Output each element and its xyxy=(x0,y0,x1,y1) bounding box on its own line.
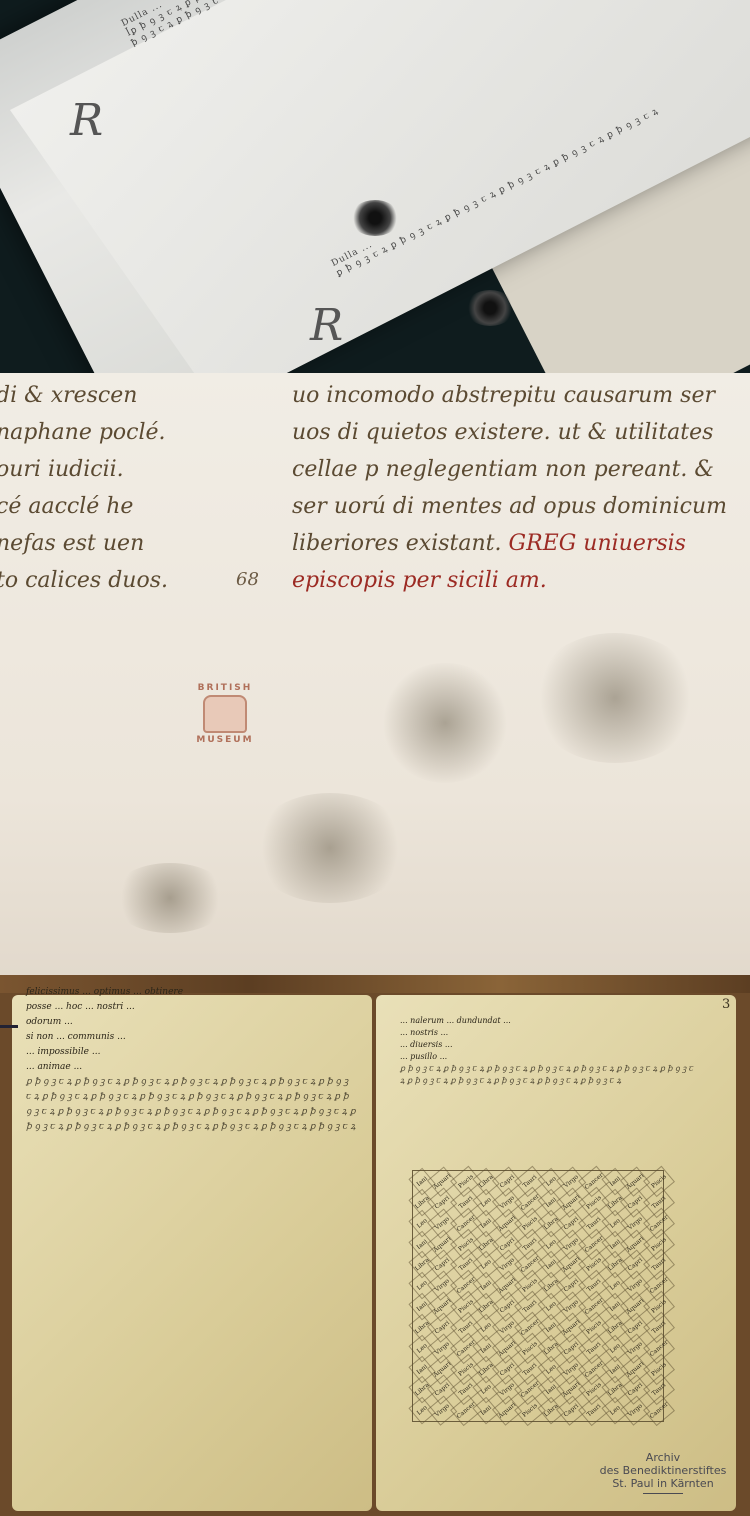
initial-letter: R xyxy=(310,300,343,351)
grid-table: IaniAquariPiscisLibraCapriTauriLeoVirgoC… xyxy=(412,1170,664,1422)
text-line: felicissimus ... optimus ... obtinere xyxy=(26,985,356,1000)
text-line: si non ... communis ... xyxy=(26,1030,356,1045)
text-line: liberiores existant. GREG uniuersis xyxy=(292,525,727,562)
archive-underline xyxy=(643,1493,683,1494)
text-line: ... nostris ... xyxy=(400,1027,700,1039)
archive-line: St. Paul in Kärnten xyxy=(598,1477,728,1490)
rubric-line: episcopis per sicili am. xyxy=(292,562,727,599)
script-filler: ꝑ ꝥ ꝯ ꝫ ꞇ ꝝ ꝑ ꝥ ꝯ ꝫ ꞇ ꝝ ꝑ ꝥ ꝯ ꝫ ꞇ ꝝ ꝑ ꝥ … xyxy=(26,1075,356,1135)
stain xyxy=(110,863,230,933)
text-line: odorum ... xyxy=(26,1015,356,1030)
rubric-heading: GREG uniuersis xyxy=(509,531,686,556)
page-clip xyxy=(0,1025,18,1028)
script-filler: ꝑ ꝥ ꝯ ꝫ ꞇ ꝝ ꝑ ꝥ ꝯ ꝫ ꞇ ꝝ ꝑ ꝥ ꝯ ꝫ ꞇ ꝝ ꝑ ꝥ … xyxy=(400,1063,700,1087)
text-line: to calices duos. xyxy=(0,562,168,599)
vellum-manuscript-page: di & xrescen naphane poclé. ouri iudicii… xyxy=(0,373,750,978)
text-line: ouri iudicii. xyxy=(0,451,168,488)
archive-line: des Benediktinerstiftes xyxy=(598,1464,728,1477)
codex-spread: felicissimus ... optimus ... obtinere po… xyxy=(0,975,750,1516)
initial-letter: R xyxy=(70,95,103,146)
text-line: posse ... hoc ... nostri ... xyxy=(26,1000,356,1015)
page-number: 3 xyxy=(722,997,730,1012)
ink-blot xyxy=(465,290,515,326)
text-line: nefas est uen xyxy=(0,525,168,562)
right-column-text: uo incomodo abstrepitu causarum ser uos … xyxy=(292,377,727,599)
crown-icon xyxy=(203,695,247,733)
ink-blot xyxy=(350,200,400,236)
text-line: ... diuersis ... xyxy=(400,1039,700,1051)
archive-label: Archiv des Benediktinerstiftes St. Paul … xyxy=(598,1451,728,1494)
stamp-bottom-text: MUSEUM xyxy=(186,735,264,745)
library-stamp: BRITISH MUSEUM xyxy=(186,683,264,753)
text-line: uos di quietos existere. ut & utilitates xyxy=(292,414,727,451)
right-page-text: ... nalerum ... dundundat ... ... nostri… xyxy=(400,1015,700,1087)
open-book-photo: R R Dulla ... ꟾꝑ ꝥ ꝯ ꝫ ꞇ ꝝ ꝑ ꝥ ꝯ ꝫ ꞇ ꝝ ꝑ… xyxy=(0,0,750,373)
text-line: cellae p neglegentiam non pereant. & xyxy=(292,451,727,488)
left-page-text: felicissimus ... optimus ... obtinere po… xyxy=(26,985,356,1135)
text-line: ... animae ... xyxy=(26,1060,356,1075)
folio-number: 68 xyxy=(236,569,259,590)
text-line: ... impossibile ... xyxy=(26,1045,356,1060)
text-line: di & xrescen xyxy=(0,377,168,414)
text-fragment: liberiores existant. xyxy=(292,531,502,556)
left-column-text: di & xrescen naphane poclé. ouri iudicii… xyxy=(0,377,168,599)
stamp-top-text: BRITISH xyxy=(186,683,264,693)
stain xyxy=(530,633,700,763)
text-line: ... nalerum ... dundundat ... xyxy=(400,1015,700,1027)
text-line: naphane poclé. xyxy=(0,414,168,451)
stain xyxy=(250,793,410,903)
text-line: ser uorú di mentes ad opus dominicum xyxy=(292,488,727,525)
stain xyxy=(380,663,510,783)
text-line: cé aacclé he xyxy=(0,488,168,525)
text-line: ... pusillo ... xyxy=(400,1051,700,1063)
text-line: uo incomodo abstrepitu causarum ser xyxy=(292,377,727,414)
archive-line: Archiv xyxy=(598,1451,728,1464)
